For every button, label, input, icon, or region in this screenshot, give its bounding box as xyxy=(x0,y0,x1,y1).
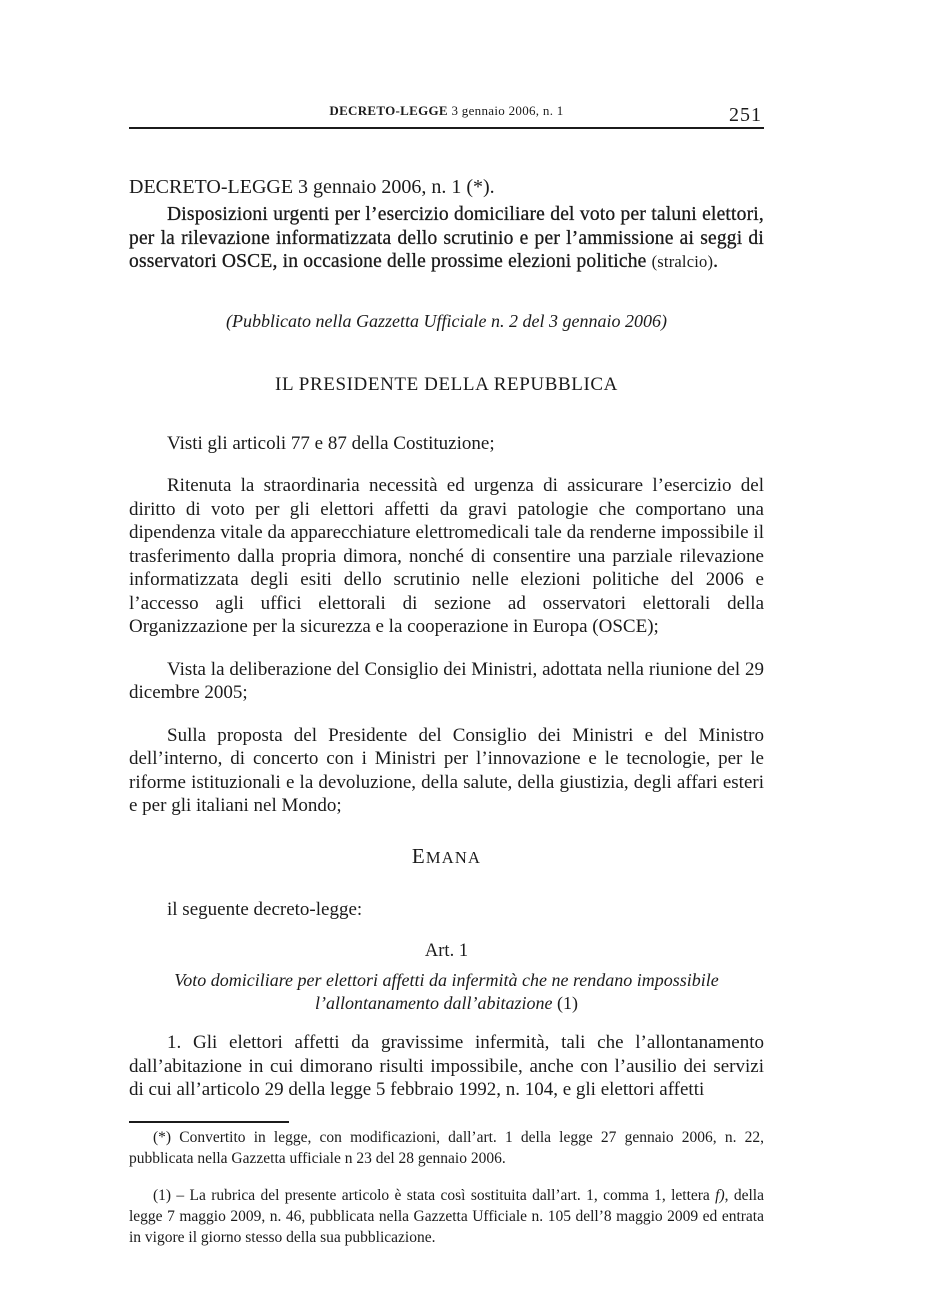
document-page: DECRETO-LEGGE 3 gennaio 2006, n. 1 251 D… xyxy=(0,0,933,1299)
footnote-1-italic-letter: f) xyxy=(715,1187,724,1204)
authority-heading: IL PRESIDENTE DELLA REPUBBLICA xyxy=(129,373,764,396)
footnote-asterisk: (*) Convertito in legge, con modificazio… xyxy=(129,1127,764,1170)
article-heading-footnote-ref: (1) xyxy=(557,993,578,1013)
page-number: 251 xyxy=(729,105,762,125)
recital-sulla-proposta: Sulla proposta del Presidente del Consig… xyxy=(129,724,764,818)
running-title-bold: DECRETO-LEGGE xyxy=(329,103,448,118)
emana-initial: E xyxy=(412,844,426,868)
footnote-1-pre: (1) – La rubrica del presente articolo è… xyxy=(153,1187,715,1204)
article-heading-italic: Voto domiciliare per elettori affetti da… xyxy=(174,970,719,1013)
footnote-block: (*) Convertito in legge, con modificazio… xyxy=(129,1121,764,1249)
enacting-clause: il seguente decreto-legge: xyxy=(129,898,764,922)
footnote-1: (1) – La rubrica del presente articolo è… xyxy=(129,1185,764,1249)
document-subject: Disposizioni urgenti per l’esercizio dom… xyxy=(129,203,764,274)
gazzetta-publication-note: (Pubblicato nella Gazzetta Ufficiale n. … xyxy=(129,310,764,333)
document-title: DECRETO-LEGGE 3 gennaio 2006, n. 1 (*). xyxy=(129,175,764,199)
running-title-rest: 3 gennaio 2006, n. 1 xyxy=(448,103,564,118)
recital-vista: Vista la deliberazione del Consiglio dei… xyxy=(129,658,764,705)
emana-heading: EMANA xyxy=(129,844,764,870)
footnote-separator-rule xyxy=(129,1121,289,1123)
subject-end-punctuation: . xyxy=(713,251,718,272)
recital-visti: Visti gli articoli 77 e 87 della Costitu… xyxy=(129,432,764,456)
subject-stralcio: (stralcio) xyxy=(652,252,714,271)
article-number: Art. 1 xyxy=(129,940,764,962)
recital-ritenuta: Ritenuta la straordinaria necessità ed u… xyxy=(129,474,764,639)
article-heading: Voto domiciliare per elettori affetti da… xyxy=(129,969,764,1015)
emana-rest: MANA xyxy=(426,848,481,867)
article-body-paragraph: 1. Gli elettori affetti da gravissime in… xyxy=(129,1031,764,1102)
text-column: DECRETO-LEGGE 3 gennaio 2006, n. 1 251 D… xyxy=(129,0,764,1264)
running-header: DECRETO-LEGGE 3 gennaio 2006, n. 1 251 xyxy=(129,0,764,129)
